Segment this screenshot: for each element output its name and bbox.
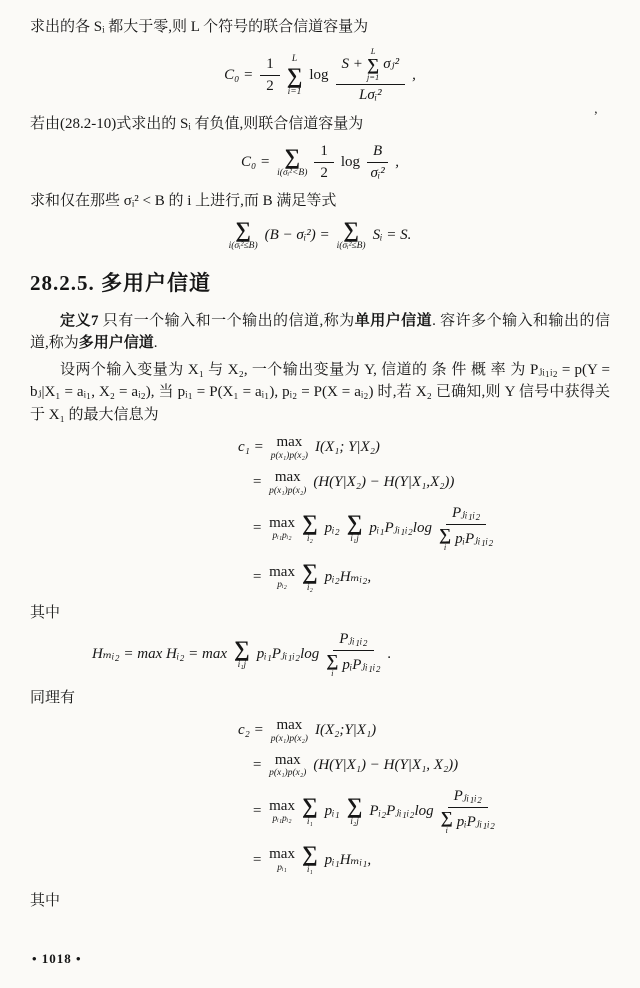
sum-over-i1: ∑ i₁ bbox=[302, 843, 318, 876]
eq-middle: (B − σᵢ²) = bbox=[265, 224, 330, 247]
sigma-icon: ∑ bbox=[302, 843, 318, 865]
eq-c2-line2: = max p(x₁)p(x₂) (H(Y|X₁) − H(Y|X₁, X₂)) bbox=[30, 752, 610, 779]
max-operator: max pᵢ₁ bbox=[269, 846, 295, 873]
paragraph-qizhong-1: 其中 bbox=[30, 602, 610, 625]
paragraph-negative-si: 若由(28.2-10)式求出的 Sᵢ 有负值,则联合信道容量为 bbox=[30, 113, 610, 136]
page-number: • 1018 • bbox=[32, 949, 82, 969]
paragraph-joint-capacity-intro: 求出的各 Sᵢ 都大于零,则 L 个符号的联合信道容量为 bbox=[30, 16, 610, 39]
fraction-snr: S + L ∑ j=1 σⱼ² Lσᵢ² bbox=[336, 47, 406, 105]
paragraph-tongli: 同理有 bbox=[30, 687, 610, 710]
eq-c2-line1: c₂ = max p(x₁)p(x₂) I(X₂;Y|X₁) bbox=[30, 717, 610, 744]
term-single-user-channel: 单用户信道 bbox=[355, 313, 432, 329]
equation-Hmi2: Hₘᵢ₂ = max Hᵢ₂ = max ∑ i₁j pᵢ₁Pⱼᵢ₁ᵢ₂log … bbox=[30, 630, 610, 679]
log-operator: log bbox=[341, 151, 360, 174]
sum-over-i1j: ∑ i₁j bbox=[234, 638, 250, 671]
fraction-mutual-info: Pⱼᵢ₁ᵢ₂ ∑ i pᵢPⱼᵢ₁ᵢ₂ bbox=[439, 504, 493, 553]
eq-c1-line4: = max pᵢ₂ ∑ i₂ pᵢ₂Hₘᵢ₂, bbox=[30, 561, 610, 594]
sigma-icon: ∑ bbox=[302, 795, 318, 817]
paragraph-definition-7: 定义7 只有一个输入和一个输出的信道,称为单用户信道. 容许多个输入和输出的信道… bbox=[30, 310, 610, 355]
scanned-book-page: ’ 求出的各 Sᵢ 都大于零,则 L 个符号的联合信道容量为 C₀ = 1 2 … bbox=[0, 0, 640, 988]
sigma-icon: ∑ bbox=[287, 65, 303, 87]
eq-lhs: C₀ = bbox=[241, 151, 270, 174]
sum-over-i-sigma-lt-B: ∑ i(σᵢ²<B) bbox=[277, 146, 307, 179]
fraction-mutual-info: Pⱼᵢ₁ᵢ₂ ∑ i pᵢPⱼᵢ₁ᵢ₂ bbox=[441, 787, 495, 836]
sum-over-i-sigma-le-B: ∑ i(σᵢ²≤B) bbox=[229, 219, 258, 252]
max-operator: max p(x₁)p(x₂) bbox=[271, 434, 308, 461]
eq-tail: , bbox=[412, 64, 416, 87]
paragraph-qizhong-2: 其中 bbox=[30, 890, 610, 913]
sigma-icon: ∑ bbox=[302, 561, 318, 583]
eq-c2-line4: = max pᵢ₁ ∑ i₁ pᵢ₁Hₘᵢ₁, bbox=[30, 843, 610, 876]
eq-c1-line2: = max p(x₁)p(x₂) (H(Y|X₂) − H(Y|X₁,X₂)) bbox=[30, 469, 610, 496]
sigma-icon: ∑ bbox=[347, 795, 363, 817]
definition-text: . bbox=[154, 335, 158, 351]
sum-over-i-sigma-le-B: ∑ i(σᵢ²≤B) bbox=[337, 219, 366, 252]
section-heading-28-2-5: 28.2.5. 多用户信道 bbox=[30, 268, 610, 300]
sum-over-i2: ∑ i₂ bbox=[302, 512, 318, 545]
sigma-icon: ∑ bbox=[343, 219, 359, 241]
max-operator: max pᵢ₂ bbox=[269, 564, 295, 591]
sigma-icon: ∑ bbox=[441, 809, 453, 826]
fraction-B-over-sigma: B σᵢ² bbox=[367, 142, 388, 183]
term-multi-user-channel: 多用户信道 bbox=[79, 335, 154, 351]
sigma-icon: ∑ bbox=[347, 512, 363, 534]
sum-over-i: ∑ i bbox=[441, 809, 453, 836]
fraction-one-half: 1 2 bbox=[314, 142, 334, 183]
equation-block-c1: c₁ = max p(x₁)p(x₂) I(X₁; Y|X₂) = max p(… bbox=[30, 434, 610, 593]
equation-c0-waterfilling: C₀ = ∑ i(σᵢ²<B) 1 2 log B σᵢ² , bbox=[30, 142, 610, 183]
sum-over-i2j: ∑ i₂j bbox=[347, 795, 363, 828]
sigma-icon: ∑ bbox=[439, 526, 451, 543]
eq-lhs: C₀ = bbox=[224, 64, 253, 87]
max-operator: max p(x₁)p(x₂) bbox=[271, 717, 308, 744]
equation-B-constraint: ∑ i(σᵢ²≤B) (B − σᵢ²) = ∑ i(σᵢ²≤B) Sᵢ = S… bbox=[30, 219, 610, 252]
sum-over-i1: ∑ i₁ bbox=[302, 795, 318, 828]
fraction-one-half: 1 2 bbox=[260, 55, 280, 96]
sigma-icon: ∑ bbox=[367, 56, 379, 73]
max-operator: max pᵢ₁pᵢ₂ bbox=[269, 798, 295, 825]
sum-j-1-to-L: L ∑ j=1 bbox=[367, 47, 379, 84]
definition-label: 定义7 bbox=[60, 313, 98, 329]
max-operator: max p(x₁)p(x₂) bbox=[269, 469, 306, 496]
sigma-icon: ∑ bbox=[326, 652, 338, 669]
sigma-icon: ∑ bbox=[284, 146, 300, 168]
sum-over-i1j: ∑ i₁j bbox=[347, 512, 363, 545]
eq-rhs: Sᵢ = S. bbox=[373, 224, 412, 247]
sum-over-i: ∑ i bbox=[326, 652, 338, 679]
sigma-icon: ∑ bbox=[235, 219, 251, 241]
eq-c1-line1: c₁ = max p(x₁)p(x₂) I(X₁; Y|X₂) bbox=[30, 434, 610, 461]
sum-i-1-to-L: L ∑ i=1 bbox=[287, 54, 303, 98]
max-operator: max pᵢ₁pᵢ₂ bbox=[269, 515, 295, 542]
fraction-Hmi2: Pⱼᵢ₁ᵢ₂ ∑ i pᵢPⱼᵢ₁ᵢ₂ bbox=[326, 630, 380, 679]
eq-c1-line3: = max pᵢ₁pᵢ₂ ∑ i₂ pᵢ₂ ∑ i₁j pᵢ₁Pⱼᵢ₁ᵢ₂log… bbox=[30, 504, 610, 553]
paragraph-channel-setup: 设两个输入变量为 X₁ 与 X₂, 一个输出变量为 Y, 信道的 条 件 概 率… bbox=[30, 359, 610, 427]
definition-text: 只有一个输入和一个输出的信道,称为 bbox=[98, 313, 354, 329]
sum-over-i2: ∑ i₂ bbox=[302, 561, 318, 594]
sigma-icon: ∑ bbox=[302, 512, 318, 534]
eq-c2-line3: = max pᵢ₁pᵢ₂ ∑ i₁ pᵢ₁ ∑ i₂j Pᵢ₂Pⱼᵢ₁ᵢ₂log… bbox=[30, 787, 610, 836]
log-operator: log bbox=[309, 64, 328, 87]
max-operator: max p(x₁)p(x₂) bbox=[269, 752, 306, 779]
equation-c0-all-positive: C₀ = 1 2 L ∑ i=1 log S + L ∑ j=1 σⱼ² Lσᵢ… bbox=[30, 47, 610, 105]
sigma-icon: ∑ bbox=[234, 638, 250, 660]
paragraph-sum-condition: 求和仅在那些 σᵢ² < B 的 i 上进行,而 B 满足等式 bbox=[30, 190, 610, 213]
sum-over-i: ∑ i bbox=[439, 526, 451, 553]
eq-tail: , bbox=[395, 151, 399, 174]
scan-artifact-mark: ’ bbox=[594, 106, 598, 126]
equation-block-c2: c₂ = max p(x₁)p(x₂) I(X₂;Y|X₁) = max p(x… bbox=[30, 717, 610, 876]
